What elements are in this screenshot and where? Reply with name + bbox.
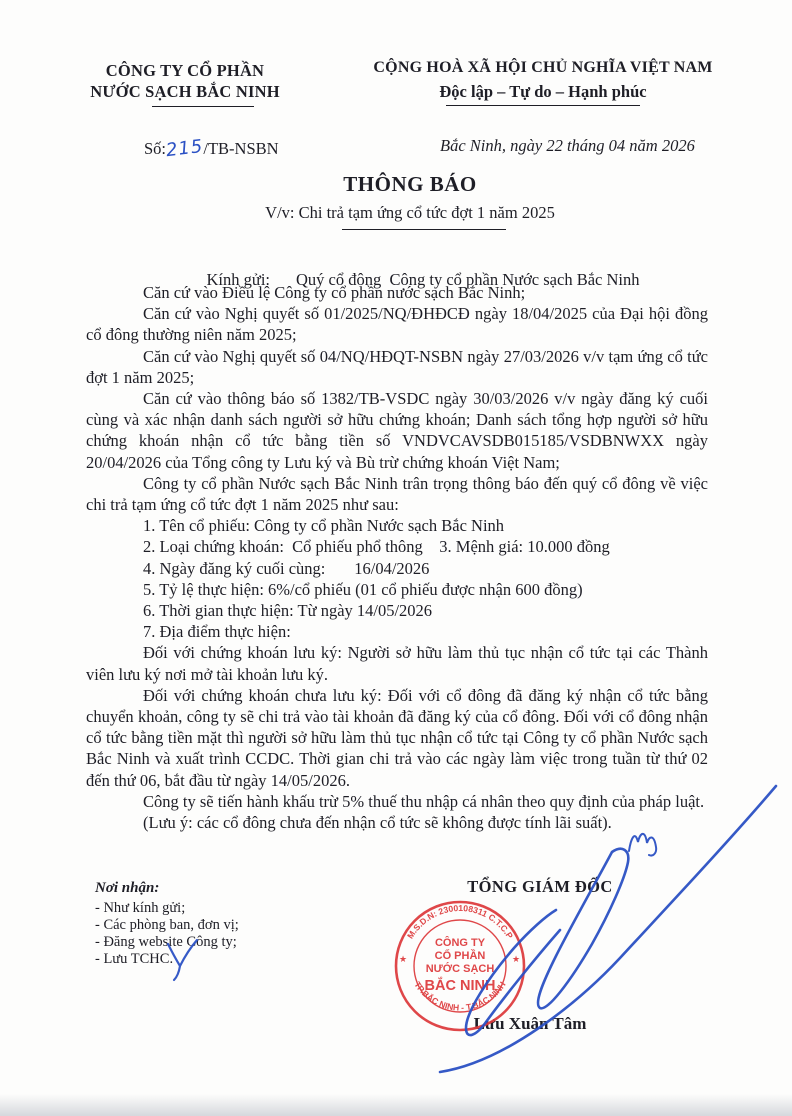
- doc-number-prefix: Số:: [144, 139, 166, 158]
- recipient-item: - Đăng website Công ty;: [95, 934, 239, 951]
- paragraph-note: (Lưu ý: các cổ đông chưa đến nhận cổ tức…: [86, 812, 708, 833]
- recipient-item: - Như kính gửi;: [95, 900, 239, 917]
- scan-edge-shadow: [0, 1094, 792, 1116]
- paragraph-tax-note: Công ty sẽ tiến hành khấu trừ 5% thuế th…: [86, 791, 708, 812]
- stamp-ring-top-text: M.S.D.N: 2300108311 C.T.C.P: [405, 903, 515, 941]
- dividend-detail-list: 1. Tên cổ phiếu: Công ty cổ phần Nước sạ…: [143, 515, 708, 642]
- company-name-line2: NƯỚC SẠCH BẮC NINH: [58, 81, 312, 102]
- national-title: CỘNG HOÀ XÃ HỘI CHỦ NGHĨA VIỆT NAM: [362, 58, 724, 78]
- stamp-center-line: CÔNG TY: [435, 936, 486, 949]
- list-item: 6. Thời gian thực hiện: Từ ngày 14/05/20…: [143, 600, 708, 621]
- signature-initials-scribble: [629, 834, 656, 856]
- svg-text:M.S.D.N: 2300108311 C.T.C.P: M.S.D.N: 2300108311 C.T.C.P: [405, 903, 515, 941]
- stamp-center-line: BẮC NINH: [425, 976, 496, 994]
- list-item: 2. Loại chứng khoán: Cổ phiếu phổ thông …: [143, 536, 708, 557]
- list-item: 1. Tên cổ phiếu: Công ty cổ phần Nước sạ…: [143, 515, 708, 536]
- stamp-center-line: CỔ PHẦN: [435, 949, 486, 962]
- document-subject: V/v: Chi trả tạm ứng cổ tức đợt 1 năm 20…: [28, 203, 792, 223]
- handwritten-number: 215: [165, 136, 205, 161]
- doc-number-suffix: /TB-NSBN: [203, 139, 278, 158]
- recipients-heading: Nơi nhận:: [95, 880, 239, 897]
- list-item: 7. Địa điểm thực hiện:: [143, 621, 708, 642]
- list-item: 4. Ngày đăng ký cuối cùng: 16/04/2026: [143, 558, 708, 579]
- stamp-star-right: ★: [512, 954, 520, 964]
- signature-loop: [538, 849, 628, 1009]
- issuing-org-block: CÔNG TY CỔ PHẦN NƯỚC SẠCH BẮC NINH: [58, 60, 312, 107]
- paragraph-intro: Công ty cổ phần Nước sạch Bắc Ninh trân …: [86, 473, 708, 515]
- company-stamp: M.S.D.N: 2300108311 C.T.C.P TP.BẮC NINH …: [388, 898, 532, 1038]
- stamp-star-left: ★: [399, 954, 407, 964]
- stamp-center-line: NƯỚC SẠCH: [426, 962, 495, 975]
- document-body: Căn cứ vào Điều lệ Công ty cổ phần nước …: [86, 282, 708, 833]
- national-motto: Độc lập – Tự do – Hạnh phúc: [362, 81, 724, 102]
- national-header-block: CỘNG HOÀ XÃ HỘI CHỦ NGHĨA VIỆT NAM Độc l…: [362, 58, 724, 106]
- list-item: 5. Tỷ lệ thực hiện: 6%/cổ phiếu (01 cổ p…: [143, 579, 708, 600]
- document-number: Số:215/TB-NSBN: [144, 138, 279, 159]
- document-title: THÔNG BÁO: [28, 172, 792, 197]
- number-date-row: Số:215/TB-NSBN Bắc Ninh, ngày 22 tháng 0…: [0, 136, 792, 164]
- paragraph-ground: Căn cứ vào Điều lệ Công ty cổ phần nước …: [86, 282, 708, 303]
- paragraph-execution: Đối với chứng khoán lưu ký: Người sở hữu…: [86, 642, 708, 684]
- place-and-date: Bắc Ninh, ngày 22 tháng 04 năm 2026: [440, 136, 695, 156]
- subject-underline: [342, 229, 506, 230]
- paragraph-ground: Căn cứ vào thông báo số 1382/TB-VSDC ngà…: [86, 388, 708, 473]
- signer-title: TỔNG GIÁM ĐỐC: [420, 877, 660, 897]
- paragraph-ground: Căn cứ vào Nghị quyết số 04/NQ/HĐQT-NSBN…: [86, 346, 708, 388]
- title-block: THÔNG BÁO V/v: Chi trả tạm ứng cổ tức đợ…: [0, 172, 792, 230]
- paragraph-ground: Căn cứ vào Nghị quyết số 01/2025/NQ/ĐHĐC…: [86, 303, 708, 345]
- motto-underline: [446, 105, 640, 106]
- company-underline: [152, 106, 254, 107]
- scanned-document-page: CÔNG TY CỔ PHẦN NƯỚC SẠCH BẮC NINH CỘNG …: [0, 0, 792, 1116]
- recipient-item: - Các phòng ban, đơn vị;: [95, 917, 239, 934]
- paragraph-execution: Đối với chứng khoán chưa lưu ký: Đối với…: [86, 685, 708, 791]
- company-name-line1: CÔNG TY CỔ PHẦN: [58, 60, 312, 81]
- recipient-item: - Lưu TCHC.: [95, 951, 239, 968]
- recipients-block: Nơi nhận: - Như kính gửi; - Các phòng ba…: [95, 880, 239, 968]
